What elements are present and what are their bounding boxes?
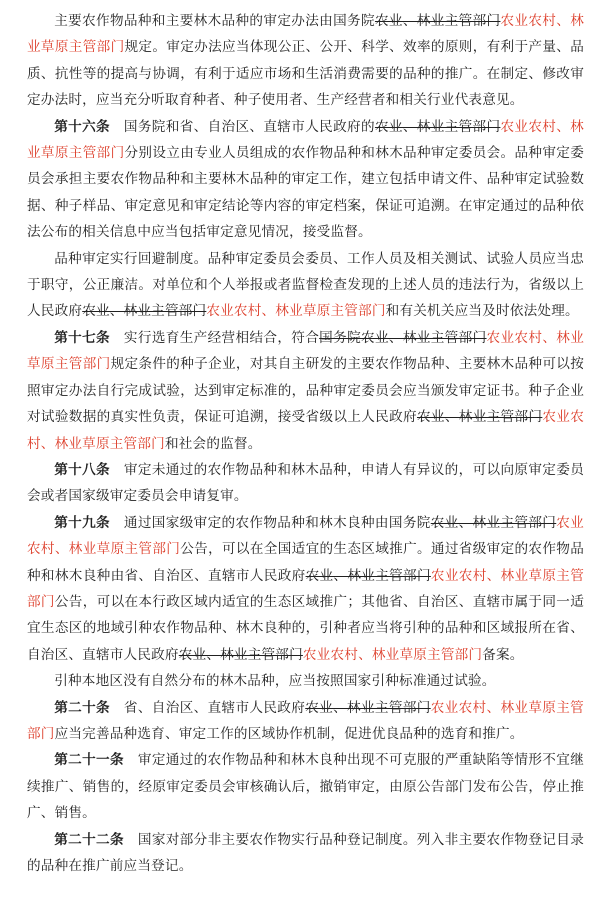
text-run: 审定未通过的农作物品种和林木品种，申请人有异议的，可以向原审定委员会或者国家级审… bbox=[27, 462, 584, 503]
text-run: 引种本地区没有自然分布的林木品种，应当按照国家引种标准通过试验。 bbox=[54, 673, 495, 688]
article-number: 第二十一条 bbox=[54, 752, 124, 767]
deleted-text: 农业、林业主管部门 bbox=[375, 119, 501, 134]
text-run: 备案。 bbox=[482, 647, 523, 662]
text-run: 和社会的监督。 bbox=[165, 436, 262, 451]
article-number: 第十九条 bbox=[54, 515, 110, 530]
paragraph: 主要农作物品种和主要林木品种的审定办法由国务院农业、林业主管部门农业农村、林业草… bbox=[27, 8, 584, 114]
document-page: 主要农作物品种和主要林木品种的审定办法由国务院农业、林业主管部门农业农村、林业草… bbox=[0, 0, 610, 910]
article-number: 第十七条 bbox=[54, 330, 110, 345]
inserted-text: 农业农村、林业草原主管部门 bbox=[303, 647, 482, 662]
paragraph: 第十六条 国务院和省、自治区、直辖市人民政府的农业、林业主管部门农业农村、林业草… bbox=[27, 114, 584, 246]
article-number: 第十八条 bbox=[54, 462, 110, 477]
deleted-text: 农业、林业主管部门 bbox=[431, 515, 557, 530]
deleted-text: 国务院农业、林业主管部门 bbox=[319, 330, 486, 345]
text-run: 实行选育生产经营相结合，符合 bbox=[110, 330, 319, 345]
document-body: 主要农作物品种和主要林木品种的审定办法由国务院农业、林业主管部门农业农村、林业草… bbox=[27, 8, 584, 879]
text-run: 和有关机关应当及时依法处理。 bbox=[386, 303, 579, 318]
paragraph: 第十八条 审定未通过的农作物品种和林木品种，申请人有异议的，可以向原审定委员会或… bbox=[27, 457, 584, 510]
deleted-text: 农业、林业主管部门 bbox=[417, 409, 542, 424]
deleted-text: 农业、林业主管部门 bbox=[305, 700, 431, 715]
deleted-text: 农业、林业主管部门 bbox=[82, 303, 206, 318]
paragraph: 第十九条 通过国家级审定的农作物品种和林木良种由国务院农业、林业主管部门农业农村… bbox=[27, 510, 584, 668]
article-number: 第十六条 bbox=[54, 119, 110, 134]
paragraph: 第二十二条 国家对部分非主要农作物实行品种登记制度。列入非主要农作物登记目录的品… bbox=[27, 827, 584, 880]
deleted-text: 农业、林业主管部门 bbox=[375, 13, 501, 28]
paragraph: 品种审定实行回避制度。品种审定委员会委员、工作人员及相关测试、试验人员应当忠于职… bbox=[27, 246, 584, 325]
paragraph: 第二十一条 审定通过的农作物品种和林木良种出现不可克服的严重缺陷等情形不宜继续推… bbox=[27, 747, 584, 826]
text-run: 主要农作物品种和主要林木品种的审定办法由国务院 bbox=[54, 13, 375, 28]
paragraph: 第十七条 实行选育生产经营相结合，符合国务院农业、林业主管部门农业农村、林业草原… bbox=[27, 325, 584, 457]
text-run: 应当完善品种选育、审定工作的区域协作机制，促进优良品种的选育和推广。 bbox=[55, 726, 524, 741]
paragraph: 第二十条 省、自治区、直辖市人民政府农业、林业主管部门农业农村、林业草原主管部门… bbox=[27, 695, 584, 748]
inserted-text: 农业农村、林业草原主管部门 bbox=[206, 303, 385, 318]
deleted-text: 农业、林业主管部门 bbox=[306, 568, 431, 583]
deleted-text: 农业、林业主管部门 bbox=[179, 647, 303, 662]
text-run: 国务院和省、自治区、直辖市人民政府的 bbox=[110, 119, 375, 134]
text-run: 通过国家级审定的农作物品种和林木良种由国务院 bbox=[110, 515, 431, 530]
text-run: 省、自治区、直辖市人民政府 bbox=[110, 700, 305, 715]
article-number: 第二十二条 bbox=[54, 832, 124, 847]
paragraph: 引种本地区没有自然分布的林木品种，应当按照国家引种标准通过试验。 bbox=[27, 668, 584, 694]
article-number: 第二十条 bbox=[54, 700, 110, 715]
